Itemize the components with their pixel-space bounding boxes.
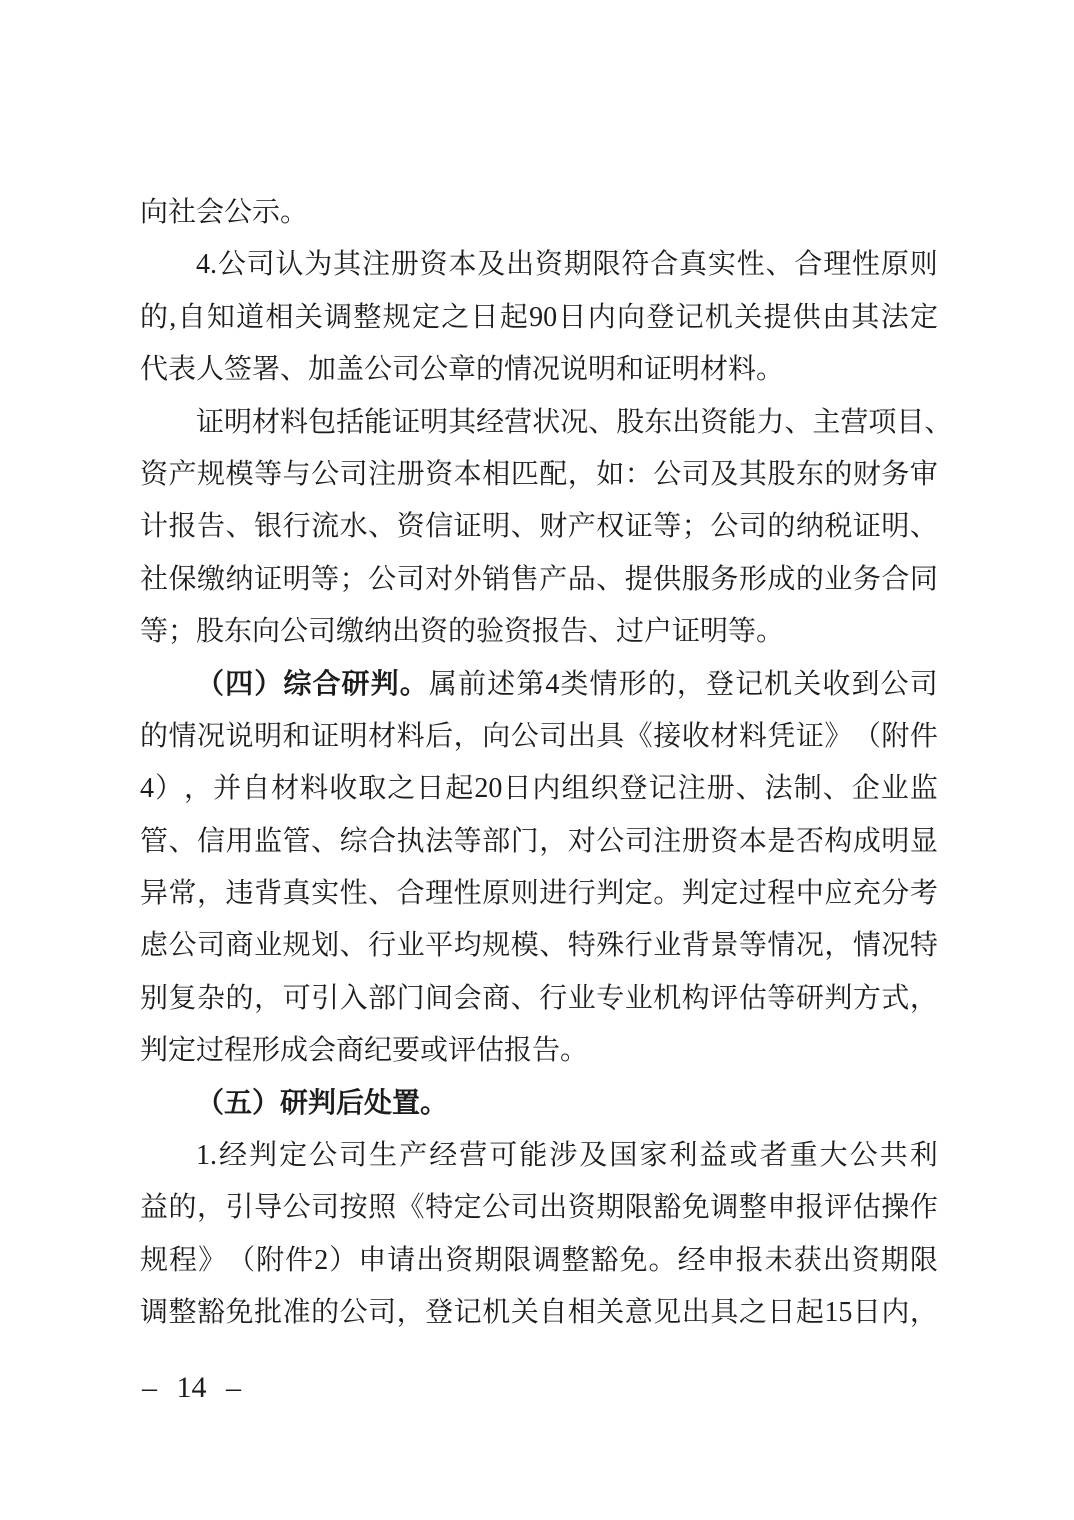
- text-line: （四）综合研判。属前述第4类情形的，登记机关收到公司: [140, 659, 938, 711]
- text-line: 计报告、银行流水、资信证明、财产权证等；公司的纳税证明、: [140, 501, 938, 553]
- text-line: 规程》（附件2）申请出资期限调整豁免。经申报未获出资期限: [140, 1235, 938, 1287]
- text-line: 等；股东向公司缴纳出资的验资报告、过户证明等。: [140, 606, 938, 658]
- text-line: 判定过程形成会商纪要或评估报告。: [140, 1025, 938, 1077]
- text-line: 别复杂的，可引入部门间会商、行业专业机构评估等研判方式，: [140, 973, 938, 1025]
- text-line: 4），并自材料收取之日起20日内组织登记注册、法制、企业监: [140, 763, 938, 815]
- page-footer: – 14 –: [142, 1366, 241, 1410]
- text-line: 资产规模等与公司注册资本相匹配，如：公司及其股东的财务审: [140, 449, 938, 501]
- text-line: 社保缴纳证明等；公司对外销售产品、提供服务形成的业务合同: [140, 554, 938, 606]
- text-line: 管、信用监管、综合执法等部门，对公司注册资本是否构成明显: [140, 816, 938, 868]
- text-line: 调整豁免批准的公司，登记机关自相关意见出具之日起15日内，: [140, 1287, 938, 1339]
- page-number: – 14 –: [142, 1371, 241, 1404]
- text-line: 虑公司商业规划、行业平均规模、特殊行业背景等情况，情况特: [140, 920, 938, 972]
- text-line: 代表人签署、加盖公司公章的情况说明和证明材料。: [140, 344, 938, 396]
- text-line: 1.经判定公司生产经营可能涉及国家利益或者重大公共利: [140, 1130, 938, 1182]
- document-page: 向社会公示。4.公司认为其注册资本及出资期限符合真实性、合理性原则的,自知道相关…: [0, 0, 1074, 1520]
- text-line: 益的，引导公司按照《特定公司出资期限豁免调整申报评估操作: [140, 1182, 938, 1234]
- text-line: （五）研判后处置。: [140, 1078, 938, 1130]
- document-body: 向社会公示。4.公司认为其注册资本及出资期限符合真实性、合理性原则的,自知道相关…: [140, 187, 938, 1340]
- text-line: 的情况说明和证明材料后，向公司出具《接收材料凭证》（附件: [140, 711, 938, 763]
- text-line: 异常，违背真实性、合理性原则进行判定。判定过程中应充分考: [140, 868, 938, 920]
- text-line: 4.公司认为其注册资本及出资期限符合真实性、合理性原则: [140, 239, 938, 291]
- text-line: 向社会公示。: [140, 187, 938, 239]
- text-line: 证明材料包括能证明其经营状况、股东出资能力、主营项目、: [140, 397, 938, 449]
- text-line: 的,自知道相关调整规定之日起90日内向登记机关提供由其法定: [140, 292, 938, 344]
